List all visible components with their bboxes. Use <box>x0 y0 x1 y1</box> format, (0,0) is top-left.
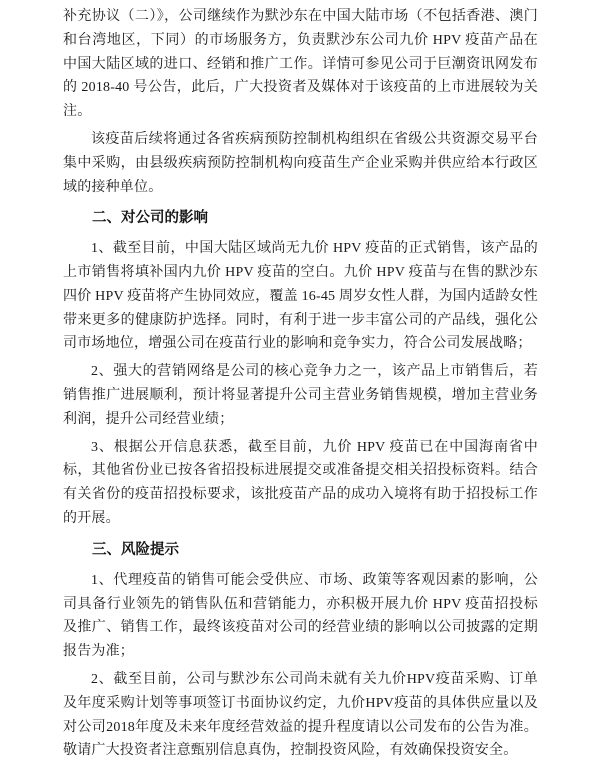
para-impact-3: 3、根据公开信息获悉，截至目前，九价 HPV 疫苗已在中国海南省中标，其他省份业… <box>63 436 538 531</box>
para-risk-2: 2、截至目前，公司与默沙东公司尚未就有关九价HPV疫苗采购、订单及年度采购计划等… <box>63 668 538 763</box>
heading-impact-on-company: 二、对公司的影响 <box>63 207 538 231</box>
para-merck-agreement: 补充协议（二）》，公司继续作为默沙东在中国大陆市场（不包括香港、澳门和台湾地区，… <box>63 5 538 124</box>
para-risk-1: 1、代理疫苗的销售可能会受供应、市场、政策等客观因素的影响，公司具备行业领先的销… <box>63 569 538 664</box>
para-impact-1: 1、截至目前，中国大陆区域尚无九价 HPV 疫苗的正式销售，该产品的上市销售将填… <box>63 237 538 356</box>
document-page: 补充协议（二）》，公司继续作为默沙东在中国大陆市场（不包括香港、澳门和台湾地区，… <box>0 0 600 768</box>
para-procurement-process: 该疫苗后续将通过各省疾病预防控制机构组织在省级公共资源交易平台集中采购，由县级疾… <box>63 128 538 199</box>
para-impact-2: 2、强大的营销网络是公司的核心竞争力之一，该产品上市销售后，若销售推广进展顺利，… <box>63 360 538 431</box>
heading-risk-notice: 三、风险提示 <box>63 539 538 563</box>
